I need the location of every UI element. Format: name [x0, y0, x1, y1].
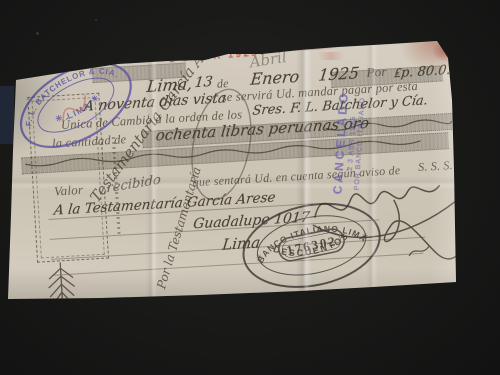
batchelor-oval-stamp: F. L. BATCHELOR & CIA. ✳ LIMA ✳ — [8, 49, 144, 162]
signature-flourish — [306, 157, 465, 282]
red-ink-smudge — [318, 52, 344, 60]
photo-of-bill-of-exchange: 2 3 ABR 1925 Abril Lima, 13 de Enero 192… — [0, 0, 500, 375]
dust-speck — [95, 19, 97, 21]
bill-content: 2 3 ABR 1925 Abril Lima, 13 de Enero 192… — [0, 29, 465, 311]
rust-stain — [398, 24, 460, 72]
bill-paper: 2 3 ABR 1925 Abril Lima, 13 de Enero 192… — [0, 0, 500, 375]
dust-speck — [36, 32, 39, 35]
svg-text:✳ LIMA ✳: ✳ LIMA ✳ — [52, 90, 105, 128]
table-edge-object — [0, 86, 14, 144]
batchelor-stamp-arc-bottom: ✳ LIMA ✳ — [52, 90, 105, 128]
rust-stain — [432, 40, 460, 62]
